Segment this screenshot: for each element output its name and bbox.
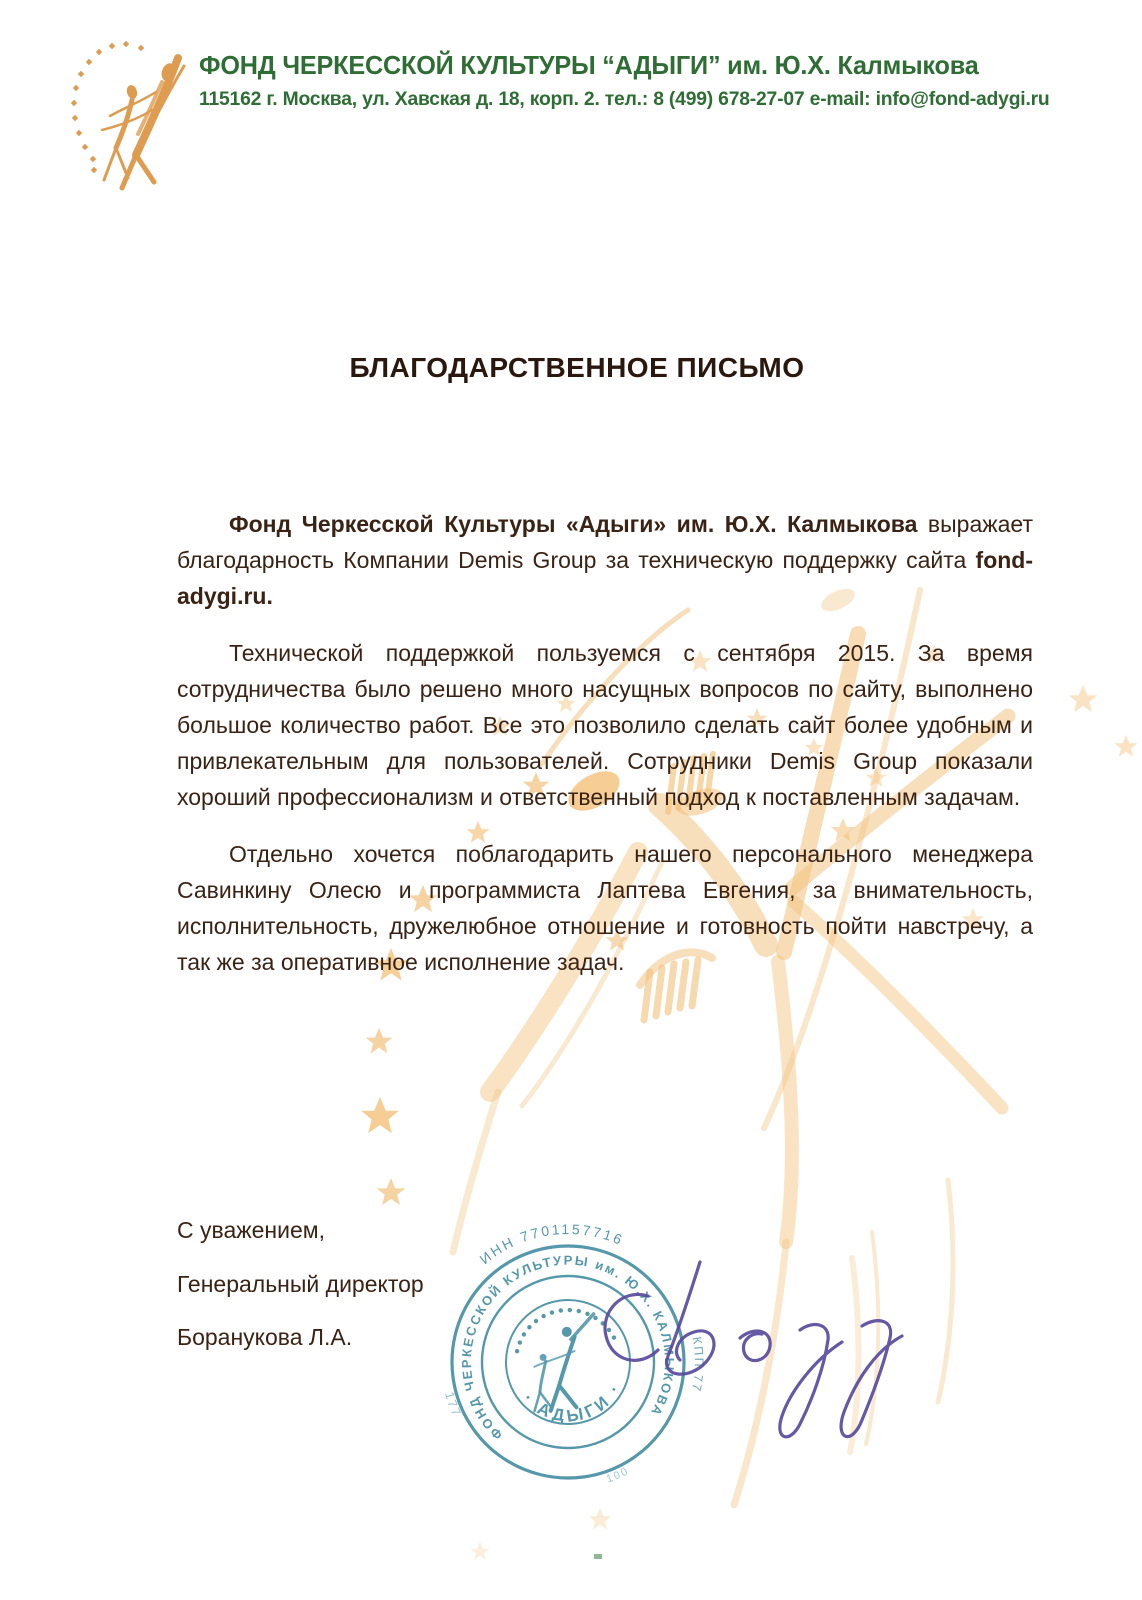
adygi-logo-icon: [66, 30, 201, 218]
org-name: ФОНД ЧЕРКЕССКОЙ КУЛЬТУРЫ “АДЫГИ” им. Ю.Х…: [199, 50, 979, 81]
letter-body: Фонд Черкесской Культуры «Адыги» им. Ю.Х…: [177, 506, 1033, 980]
logo-dancers-figure: [102, 58, 184, 188]
stamp-kpp-text: КПП 77: [681, 1336, 710, 1396]
letter-title: БЛАГОДАРСТВЕННОЕ ПИСЬМО: [149, 352, 1005, 384]
official-stamp: ИНН 7701157716 ФОНД ЧЕРКЕССКОЙ КУЛЬТУРЫ …: [426, 1220, 710, 1504]
signature-position: Генеральный директор: [177, 1266, 424, 1302]
signature-name: Боранукова Л.А.: [177, 1319, 352, 1355]
svg-text:КПП 77: КПП 77: [681, 1336, 710, 1396]
signature-salutation: С уважением,: [177, 1212, 325, 1248]
paragraph-2: Технической поддержкой пользуемся с сент…: [177, 635, 1033, 815]
paragraph-1: Фонд Черкесской Культуры «Адыги» им. Ю.Х…: [177, 506, 1033, 614]
scan-speck: [594, 1554, 602, 1559]
scanned-letter-page: ФОНД ЧЕРКЕССКОЙ КУЛЬТУРЫ “АДЫГИ” им. Ю.Х…: [0, 0, 1142, 1600]
paragraph-3: Отдельно хочется поблагодарить нашего пе…: [177, 836, 1033, 980]
org-address-contacts: 115162 г. Москва, ул. Хавская д. 18, кор…: [199, 88, 1050, 111]
paragraph-1-bold-lead: Фонд Черкесской Культуры «Адыги» им. Ю.Х…: [229, 511, 917, 537]
